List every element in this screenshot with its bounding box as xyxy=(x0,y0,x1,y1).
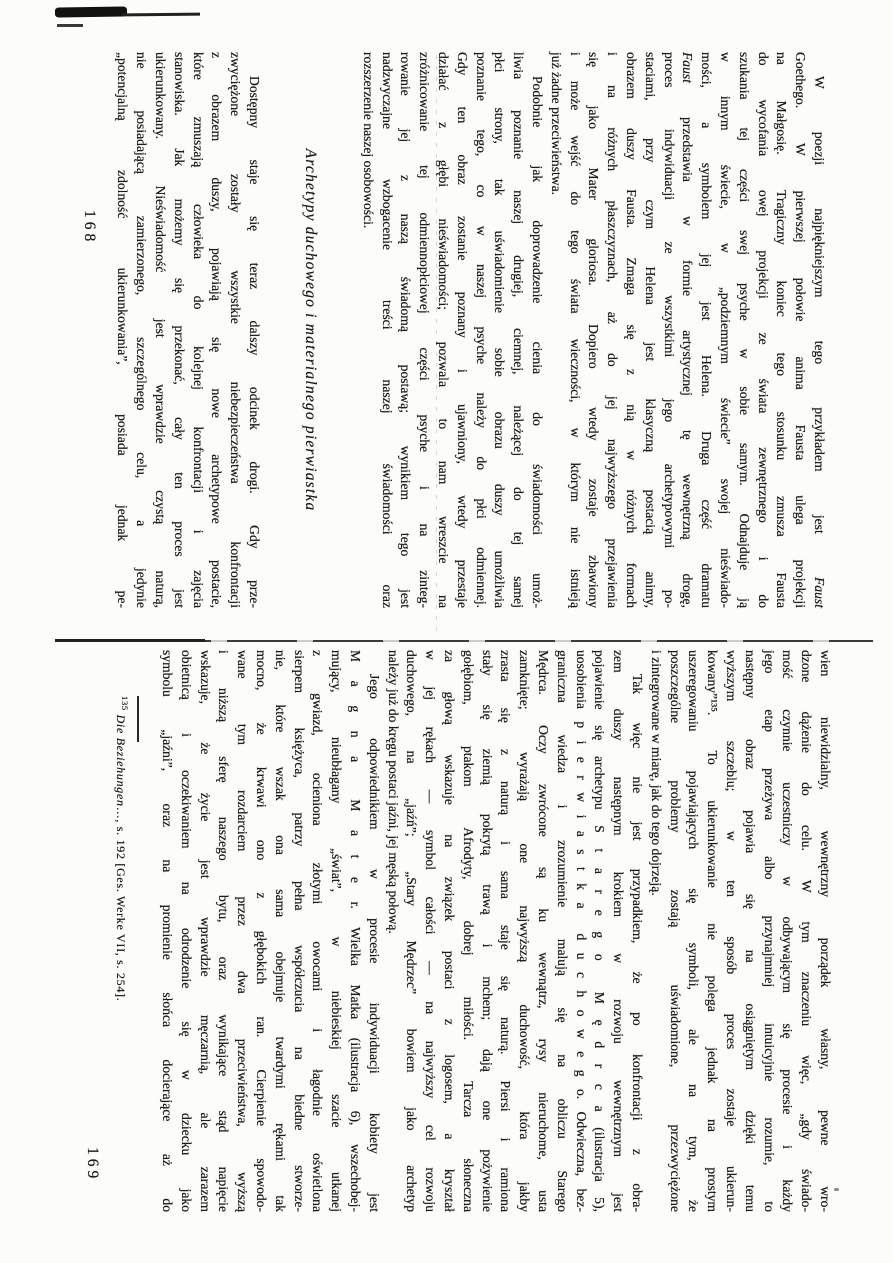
text-line: mość czynnie uczestniczy w odbywającym s… xyxy=(778,650,797,1212)
text-line: sierpem księżyca, patrzy pełna współczuc… xyxy=(289,650,308,1212)
text-line: mocno, że krwawi ono z głębokich ran. Ci… xyxy=(251,650,270,1212)
text-line: już żadne przeciwieństwa. xyxy=(546,52,565,608)
scan-artifact-blob xyxy=(55,6,127,17)
text-line: z obrazem duszy, pojawiają się nowe arch… xyxy=(207,52,226,608)
text-line: zróżnicowanie tej odmiennopłciowej częśc… xyxy=(414,52,433,608)
text-line: Tak więc nie jest przypadkiem, że po kon… xyxy=(627,650,646,1212)
text-line: dzone dążenie do celu. W tym znaczeniu w… xyxy=(796,650,815,1212)
text-line: Goethego. W pierwszej połowie anima Faus… xyxy=(790,52,809,608)
footnote-reference: …, s. 192 [Ges. Werke VII, s. 254]. xyxy=(114,807,128,1002)
text-line: nadzwyczajne wzbogacenie treści naszej ś… xyxy=(377,52,396,608)
paragraph: Dostępny staje się teraz dalszy odcinek … xyxy=(113,52,263,608)
text-line: Dostępny staje się teraz dalszy odcinek … xyxy=(244,52,263,608)
text-line: w jej rękach — symbol całości — na najwy… xyxy=(420,650,439,1212)
text-line: zwyciężone zostały wszystkie niebezpiecz… xyxy=(225,52,244,608)
page-168: W poezji najpiękniejszym tego przykładem… xyxy=(66,52,828,608)
paragraph: Tak więc nie jest przypadkiem, że po kon… xyxy=(383,650,646,1212)
page-number-169: 169 xyxy=(83,1147,102,1212)
footnote-rule xyxy=(137,696,139,742)
footnote-title: Die Beziehungen xyxy=(114,715,128,807)
scan-artifact-tick xyxy=(57,24,83,27)
text-line: ukierunkowany. Nieświadomość jest wprawd… xyxy=(150,52,169,608)
paragraph: W poezji najpiękniejszym tego przykładem… xyxy=(546,52,828,608)
text-line: duchowego, na „jaźń”; „Stary Mędrzec” bo… xyxy=(402,650,421,1212)
text-line: i może wejść do tego świata wieczności, … xyxy=(565,52,584,608)
text-line: Jego odpowiednikiem w procesie indywidua… xyxy=(364,650,383,1212)
text-line: obrazem duszy Fausta. Zmaga się z nią w … xyxy=(621,52,640,608)
paragraph: Jego odpowiednikiem w procesie indywidua… xyxy=(157,650,383,1212)
text-line: pojawienie się archetypu S t a r e g o M… xyxy=(590,650,609,1212)
text-line: płci strony, tak uświadomienie sobie obr… xyxy=(490,52,509,608)
text-line: mujący, nieubłagany „świat”, w niebieski… xyxy=(326,650,345,1212)
text-line: z gwiazd, ocieniona złotymi owocami i ła… xyxy=(308,650,327,1212)
scan-artifact-line xyxy=(122,13,200,17)
text-line: poszczególne problemy zostają uświadomio… xyxy=(665,650,684,1212)
text-line: nie posiadającą zamierzonego, szczególne… xyxy=(132,52,151,608)
text-line: symbolu „jaźni”, oraz na promienie słońc… xyxy=(157,650,176,1212)
text-line: rowanie jej z naszą świadomą postawą; wy… xyxy=(396,52,415,608)
text-line: za głową wskazuje na związek postaci z l… xyxy=(439,650,458,1212)
text-line: mości, a symbolem jej jest Helena. Druga… xyxy=(696,52,715,608)
text-line: zamknięte; wyrażają one najwyższą duchow… xyxy=(514,650,533,1212)
text-line: kowany”¹³⁵. To ukierunkowanie nie polega… xyxy=(702,650,721,1212)
text-line: nie, które wszak ona sama obejmuje tward… xyxy=(270,650,289,1212)
text-line: graniczna wiedza i zrozumienie malują si… xyxy=(552,650,571,1212)
text-line: które zmuszają człowieka do kolejnej kon… xyxy=(188,52,207,608)
text-line: i zintegrowane w miarę, jak do tego dojr… xyxy=(646,650,665,1212)
text-line: „potencjalną zdolność ukierunkowania”, p… xyxy=(113,52,132,608)
text-line: i niższą sferę naszego bytu, oraz wynika… xyxy=(214,650,233,1212)
text-line: rozszerzenie naszej osobowości. xyxy=(358,52,377,608)
footnote: 135 Die Beziehungen…, s. 192 [Ges. Werke… xyxy=(114,696,132,1212)
text-line: Podobnie jak doprowadzenie cienia do świ… xyxy=(527,52,546,608)
text-line: stały się ziemią pokrytą trawą i mchem; … xyxy=(477,650,496,1212)
paragraph: Podobnie jak doprowadzenie cienia do świ… xyxy=(358,52,546,608)
text-line: szukania tej części swej psyche w sobie … xyxy=(734,52,753,608)
page-169: wien niewidzialny, wewnętrzny porządek w… xyxy=(62,650,834,1212)
text-line: należy już do kręgu postaci jaźni, jej m… xyxy=(383,650,402,1212)
page-divider-heavy-segment xyxy=(55,639,205,642)
text-line: działać z głębi nieświadomości; pozwala … xyxy=(433,52,452,608)
text-line: W poezji najpiękniejszym tego przykładem… xyxy=(809,52,828,608)
text-line: staciami, przy czym Helena jest klasyczn… xyxy=(640,52,659,608)
text-line: wskazuje, że życie jest wprawdzie męczar… xyxy=(195,650,214,1212)
page-168-text-block: W poezji najpiękniejszym tego przykładem… xyxy=(113,52,828,608)
text-line: do wycofania owej projekcji ze świata ze… xyxy=(753,52,772,608)
text-line: na Małgosię. Tragiczny koniec tego stosu… xyxy=(772,52,791,608)
text-line: wane tym rozdarciem przez dwa przeciwień… xyxy=(233,650,252,1212)
text-line: i na różnych płaszczyznach, aż do jej na… xyxy=(602,52,621,608)
section-heading: Archetypy duchowego i materialnego pierw… xyxy=(299,52,321,608)
text-line: Mędrca. Oczy zwrócone są ku wewnątrz, ry… xyxy=(533,650,552,1212)
text-line: się jako Mater gloriosa. Dopiero wtedy z… xyxy=(584,52,603,608)
text-line: obietnicą i oczekiwaniem na odrodzenie s… xyxy=(176,650,195,1212)
footnote-marker: 135 xyxy=(120,696,130,711)
text-line: jego etap przeżywa albo przynajmniej int… xyxy=(759,650,778,1212)
text-line: uszeregowaniu pojawiających się symboli,… xyxy=(684,650,703,1212)
text-line: liwia poznanie naszej drugiej, ciemnej, … xyxy=(508,52,527,608)
text-line: następny obraz pojawia się na osiągnięty… xyxy=(740,650,759,1212)
text-line: w innym świecie, w „podziemnym świecie” … xyxy=(715,52,734,608)
paragraph: wien niewidzialny, wewnętrzny porządek w… xyxy=(646,650,834,1212)
text-line: Gdy ten obraz zostanie poznany i ujawnio… xyxy=(452,52,471,608)
text-line: uosobienia p i e r w i a s t k a d u c h… xyxy=(571,650,590,1212)
text-line: wien niewidzialny, wewnętrzny porządek w… xyxy=(815,650,834,1212)
text-line: poznanie tego, co w naszej psyche należy… xyxy=(471,52,490,608)
text-line: proces indywiduacji ze wszystkimi jego a… xyxy=(659,52,678,608)
text-line: M a g n a M a t e r. Wielka Matka (ilust… xyxy=(345,650,364,1212)
page-number-168: 168 xyxy=(80,210,99,608)
scan-speck xyxy=(834,1188,839,1191)
text-line: gołębiom, ptakom Afrodyty, dobrej miłośc… xyxy=(458,650,477,1212)
scanned-book-spread: W poezji najpiękniejszym tego przykładem… xyxy=(0,0,893,1263)
page-169-text-block: wien niewidzialny, wewnętrzny porządek w… xyxy=(157,650,834,1212)
text-line: wyższym szczeblu; w ten sposób proces zo… xyxy=(721,650,740,1212)
text-line: Faust przedstawia w formie artystycznej … xyxy=(678,52,697,608)
text-line: stanowiska. Jak możemy się przekonać, ca… xyxy=(169,52,188,608)
text-line: zem duszy następnym krokiem w rozwoju we… xyxy=(608,650,627,1212)
text-line: zrasta się z naturą i sama staje się nat… xyxy=(496,650,515,1212)
